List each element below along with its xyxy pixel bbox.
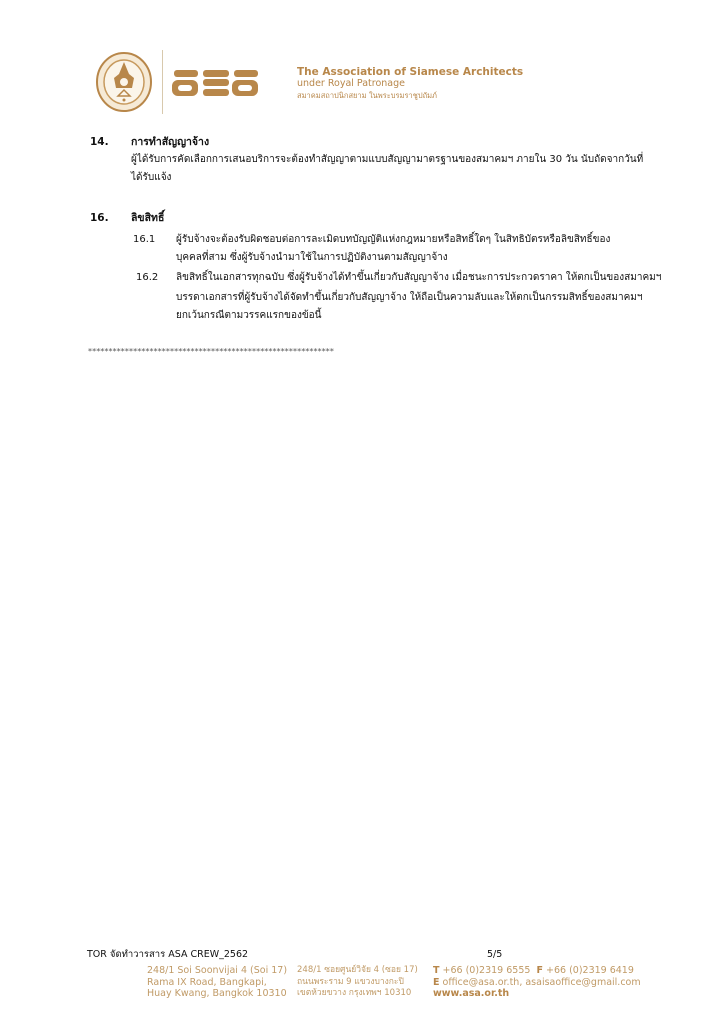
org-name-th: สมาคมสถาปนิกสยาม ในพระบรมราชูปถัมภ์ [297,90,437,102]
section-14-body-line: ได้รับแจ้ง [131,171,171,185]
clause-16-2-line: บรรดาเอกสารที่ผู้รับจ้างได้จัดทำขึ้นเกี่… [176,291,643,305]
section-14-body-line: ผู้ได้รับการคัดเลือกการเสนอบริการจะต้องท… [131,153,643,167]
fax-label: F [536,965,543,976]
address-th-line: เขตห้วยขวาง กรุงเทพฯ 10310 [297,988,418,1000]
tel-label: T [433,965,439,976]
address-th-line: 248/1 ซอยศูนย์วิจัย 4 (ซอย 17) [297,965,418,977]
clause-16-1-number: 16.1 [133,233,155,247]
clause-16-2-line: ลิขสิทธิ์ในเอกสารทุกฉบับ ซึ่งผู้รับจ้างไ… [176,271,661,285]
page-number: 5/5 [487,948,502,962]
email-label: E [433,977,440,988]
address-en-line: Rama IX Road, Bangkapi, [147,977,287,989]
address-th-line: ถนนพระราม 9 แขวงบางกะปิ [297,977,418,989]
address-en: 248/1 Soi Soonvijai 4 (Soi 17) Rama IX R… [147,965,287,1000]
section-16-number: 16. [90,211,109,225]
section-14-number: 14. [90,135,109,149]
email-address[interactable]: office@asa.or.th, asaisaoffice@gmail.com [443,977,641,988]
document-reference: TOR จัดทำวารสาร ASA CREW_2562 [87,948,248,962]
address-th: 248/1 ซอยศูนย์วิจัย 4 (ซอย 17) ถนนพระราม… [297,965,418,1000]
org-name-en: The Association of Siamese Architects [297,66,523,78]
clause-16-2-number: 16.2 [136,271,158,285]
clause-16-1-line: บุคคลที่สาม ซึ่งผู้รับจ้างนำมาใช้ในการปฏ… [176,251,448,265]
tel-number: +66 (0)2319 6555 [443,965,531,976]
clause-16-2-line: ยกเว้นกรณีตามวรรคแรกของข้อนี้ [176,309,322,323]
header-divider [162,50,163,114]
address-en-line: Huay Kwang, Bangkok 10310 [147,988,287,1000]
asa-logo [172,66,260,100]
section-16-title: ลิขสิทธิ์ [131,211,164,225]
clause-16-1-line: ผู้รับจ้างจะต้องรับผิดชอบต่อการละเมิดบทบ… [176,233,610,247]
contact-info: T +66 (0)2319 6555 F +66 (0)2319 6419 E … [433,965,641,1000]
end-of-document-marker: ****************************************… [88,345,334,359]
association-emblem-icon [96,52,152,112]
fax-number: +66 (0)2319 6419 [546,965,634,976]
section-14-title: การทำสัญญาจ้าง [131,135,209,149]
address-en-line: 248/1 Soi Soonvijai 4 (Soi 17) [147,965,287,977]
org-subtitle-en: under Royal Patronage [297,78,405,89]
website-link[interactable]: www.asa.or.th [433,988,641,1000]
